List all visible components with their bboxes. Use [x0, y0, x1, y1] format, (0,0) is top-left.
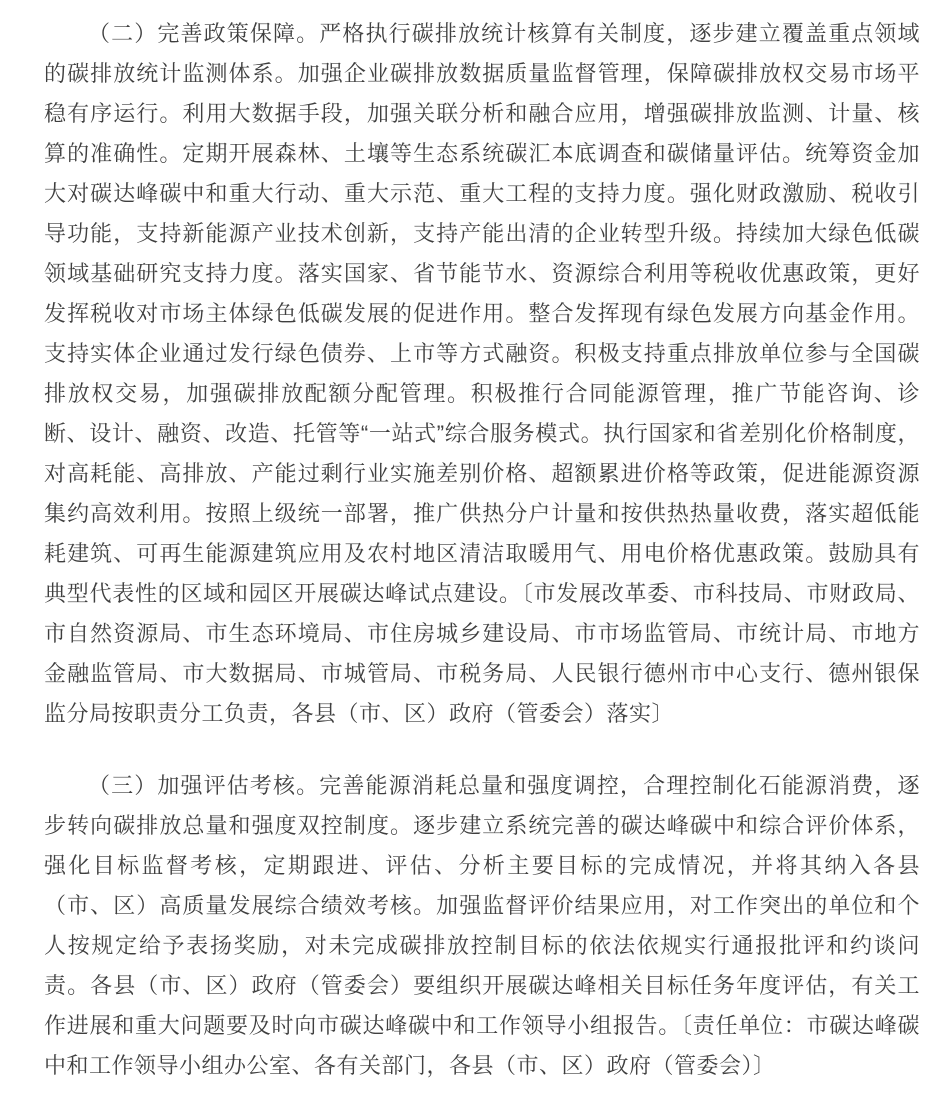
paragraph-section-two-policy-safeguards: （二）完善政策保障。严格执行碳排放统计核算有关制度，逐步建立覆盖重点领域的碳排放… [44, 14, 920, 734]
document-page: （二）完善政策保障。严格执行碳排放统计核算有关制度，逐步建立覆盖重点领域的碳排放… [0, 0, 926, 1109]
paragraph-section-three-evaluation-assessment: （三）加强评估考核。完善能源消耗总量和强度调控，合理控制化石能源消费，逐步转向碳… [44, 766, 920, 1086]
